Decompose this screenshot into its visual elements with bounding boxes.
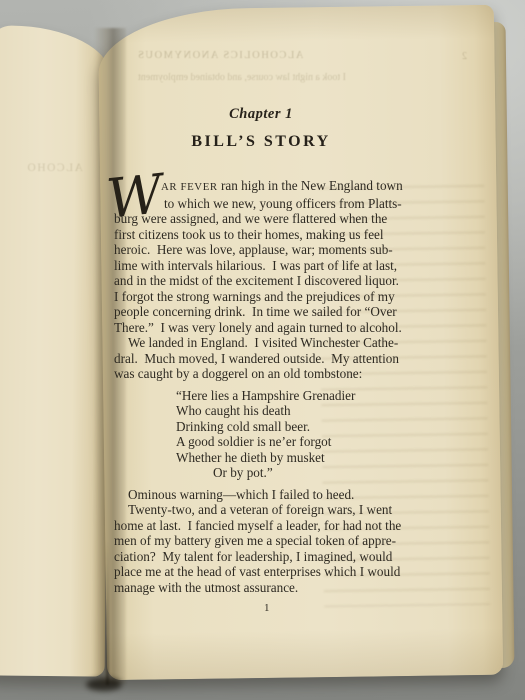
paragraph-4: Twenty-two, and a veteran of foreign war… <box>114 502 426 595</box>
page-text-area: Chapter 1 BILL’S STORY W AR FEVER ran hi… <box>114 0 426 700</box>
paragraph-3: Ominous warning—which I failed to heed. <box>114 487 426 503</box>
verse-line: Or by pot.” <box>176 465 426 481</box>
text-line: Twenty-two, and a veteran of foreign war… <box>114 502 426 518</box>
text-line: dral. Much moved, I wandered outside. My… <box>114 351 426 367</box>
text-line: Ominous warning—which I failed to heed. <box>114 487 426 503</box>
verse-line: A good soldier is ne’er forgot <box>176 434 426 450</box>
tombstone-verse: “Here lies a Hampshire Grenadier Who cau… <box>176 388 426 481</box>
text-line: people concerning drink. In time we sail… <box>114 304 426 320</box>
text-line: first citizens took us to their homes, m… <box>114 227 426 243</box>
text-line: manage with the utmost assurance. <box>114 580 426 596</box>
paragraph-1: W AR FEVER ran high in the New England t… <box>114 178 426 335</box>
text-line: home at last. I fancied myself a leader,… <box>114 518 426 534</box>
text-line: ciation? My talent for leadership, I ima… <box>114 549 426 565</box>
page-number: 1 <box>111 601 423 617</box>
drop-cap-w: W <box>104 167 165 227</box>
text-line: There.” I was very lonely and again turn… <box>114 320 426 336</box>
text-line: was caught by a doggerel on an old tombs… <box>114 366 426 382</box>
chapter-title: BILL’S STORY <box>105 134 417 150</box>
verse-line: “Here lies a Hampshire Grenadier <box>176 388 426 404</box>
gutter-seam-line <box>106 540 109 685</box>
text-line: I forgot the strong warnings and the pre… <box>114 289 426 305</box>
text-line: heroic. Here was love, applause, war; mo… <box>114 242 426 258</box>
text-line: and in the midst of the excitement I dis… <box>114 273 426 289</box>
small-caps-run: AR FEVER <box>161 181 218 193</box>
text-line: men of my battery given me a special tok… <box>114 533 426 549</box>
text-run: ran high in the New England town <box>218 178 403 193</box>
verse-line: Whether he dieth by musket <box>176 450 426 466</box>
chapter-label: Chapter 1 <box>105 107 417 123</box>
text-line: lime with intervals hilarious. I was par… <box>114 258 426 274</box>
verse-line: Drinking cold small beer. <box>176 419 426 435</box>
verse-line: Who caught his death <box>176 403 426 419</box>
body-copy: W AR FEVER ran high in the New England t… <box>114 178 426 595</box>
text-line: place me at the head of vast enterprises… <box>114 564 426 580</box>
text-line: We landed in England. I visited Winchest… <box>114 335 426 351</box>
paragraph-2: We landed in England. I visited Winchest… <box>114 335 426 382</box>
